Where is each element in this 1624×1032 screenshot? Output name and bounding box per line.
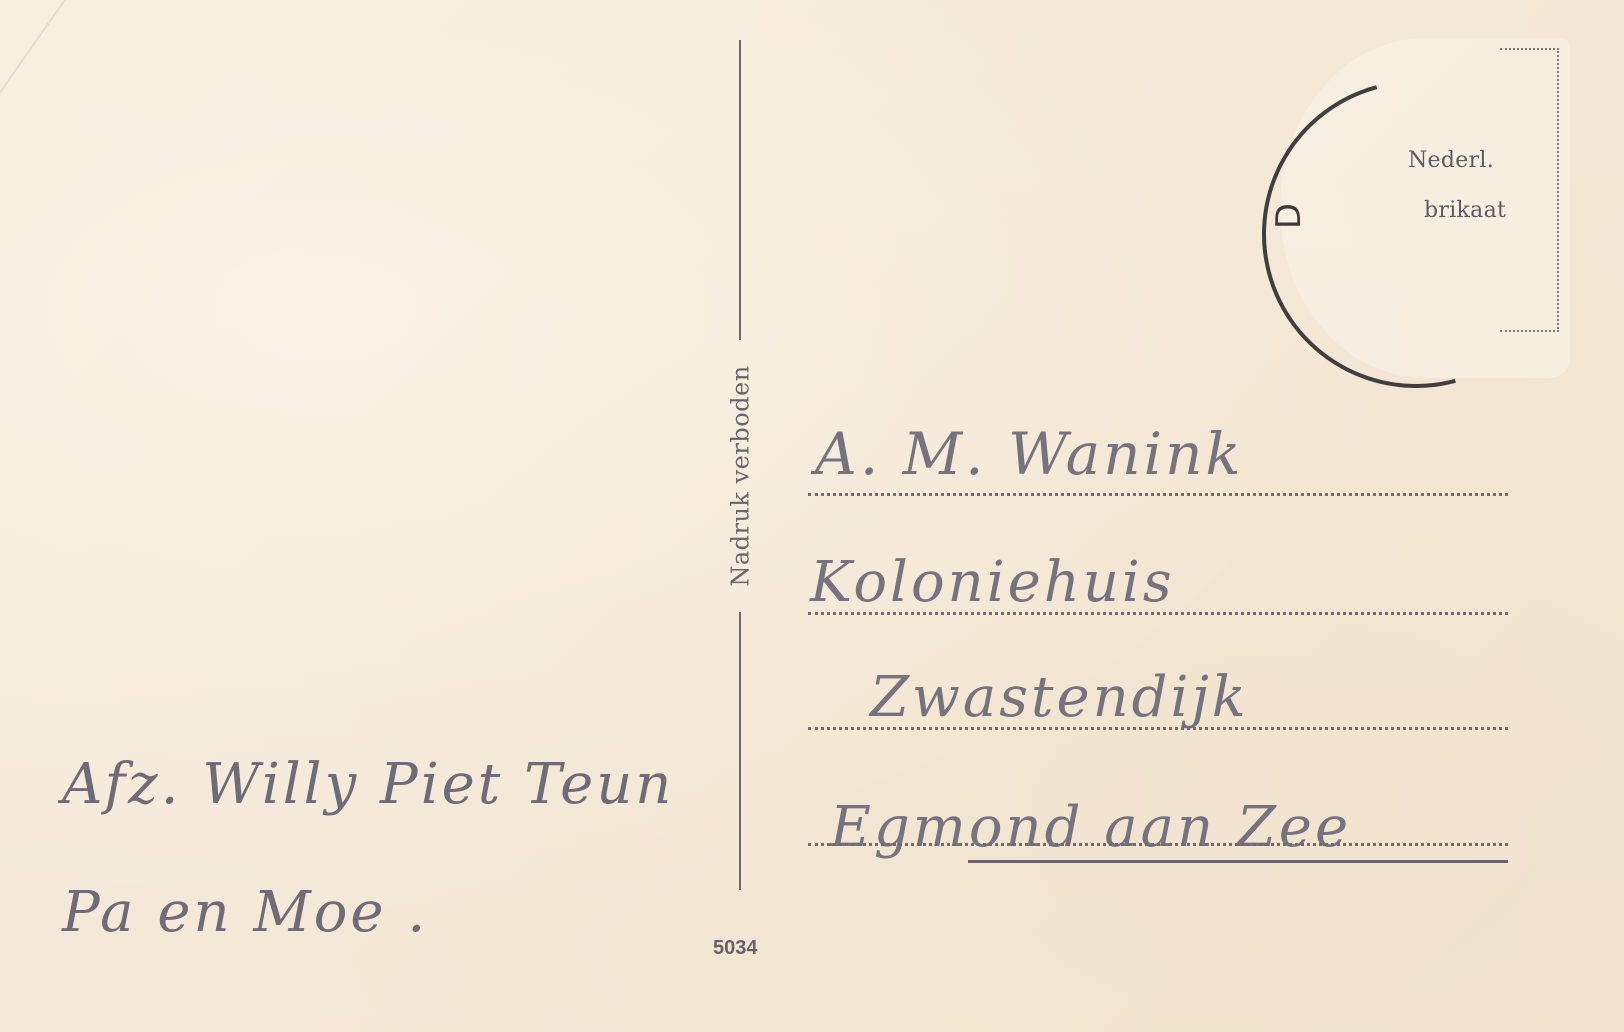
reprint-notice-text: Nadruk verboden (727, 365, 755, 586)
address-street: Zwastendijk (870, 665, 1249, 730)
stamp-text-line-1: Nederl. (1408, 148, 1494, 173)
address-line-4 (808, 843, 1508, 846)
address-name: A. M. Wanink (815, 420, 1244, 488)
postmark-letter: D (1269, 203, 1309, 229)
address-city: Egmond aan Zee (830, 795, 1351, 860)
center-divider-top (739, 40, 741, 340)
center-divider-bottom (739, 612, 741, 890)
address-line-3 (808, 727, 1508, 730)
postcard-back: Afz. Willy Piet Teun Pa en Moe . Nadruk … (0, 0, 1624, 1032)
reprint-notice: Nadruk verboden (724, 345, 758, 607)
card-number: 5034 (713, 937, 758, 960)
handwritten-greeting-line: Pa en Moe . (62, 880, 428, 945)
stamp-text-line-2: brikaat (1424, 198, 1506, 223)
address-line-2 (808, 612, 1508, 615)
address-line-1 (808, 493, 1508, 496)
paper-crease (0, 0, 130, 122)
address-city-underline (968, 860, 1508, 863)
address-building: Koloniehuis (810, 550, 1175, 615)
handwritten-sender-line: Afz. Willy Piet Teun (62, 752, 674, 817)
